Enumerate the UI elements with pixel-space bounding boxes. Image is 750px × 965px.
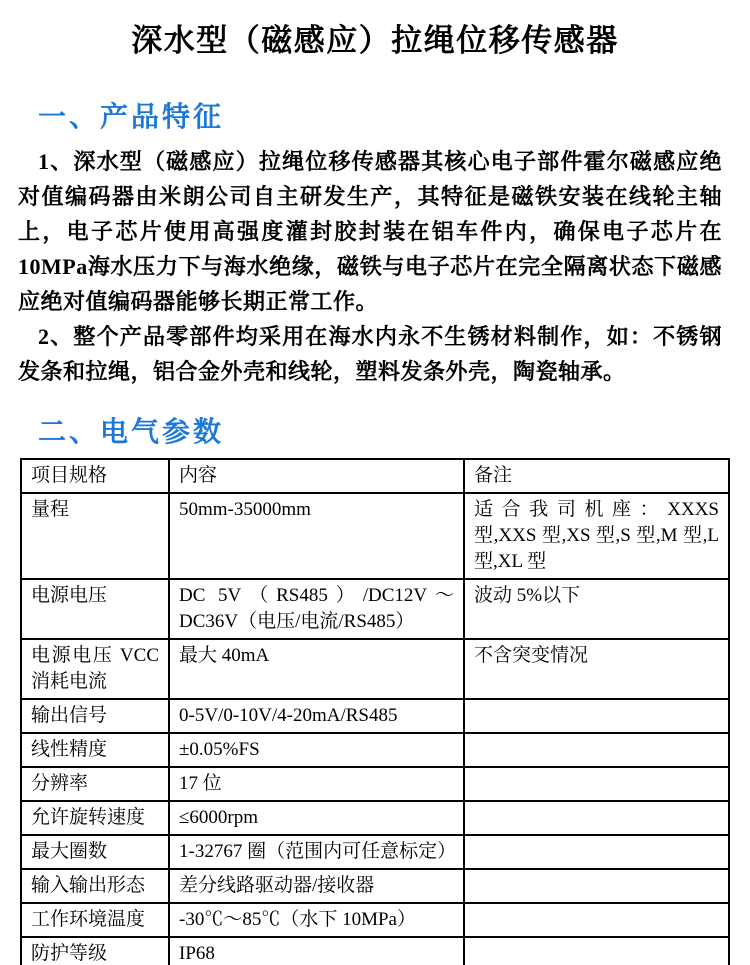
spec-item: 允许旋转速度	[21, 801, 169, 835]
spec-remark: 适合我司机座：XXXS 型,XXS 型,XS 型,S 型,M 型,L 型,XL …	[464, 493, 729, 579]
section-heading-product-features: 一、产品特征	[38, 100, 750, 134]
spec-item: 工作环境温度	[21, 903, 169, 937]
table-row-vcc-current: 电源电压 VCC 消耗电流 最大 40mA 不含突变情况	[21, 639, 729, 699]
spec-remark	[464, 903, 729, 937]
spec-remark: 波动 5%以下	[464, 579, 729, 639]
table-row-range: 量程 50mm-35000mm 适合我司机座：XXXS 型,XXS 型,XS 型…	[21, 493, 729, 579]
document-page: 深水型（磁感应）拉绳位移传感器 一、产品特征 1、深水型（磁感应）拉绳位移传感器…	[0, 0, 750, 965]
table-row-resolution: 分辨率 17 位	[21, 767, 729, 801]
spec-content: 0-5V/0-10V/4-20mA/RS485	[169, 699, 464, 733]
column-header-item: 项目规格	[21, 459, 169, 493]
spec-item: 输出信号	[21, 699, 169, 733]
spec-item: 电源电压	[21, 579, 169, 639]
spec-remark	[464, 869, 729, 903]
column-header-content: 内容	[169, 459, 464, 493]
electrical-spec-table: 项目规格 内容 备注 量程 50mm-35000mm 适合我司机座：XXXS 型…	[20, 458, 730, 965]
table-row-max-turns: 最大圈数 1-32767 圈（范围内可任意标定）	[21, 835, 729, 869]
spec-content: ±0.05%FS	[169, 733, 464, 767]
spec-content: 50mm-35000mm	[169, 493, 464, 579]
spec-item: 输入输出形态	[21, 869, 169, 903]
spec-content: ≤6000rpm	[169, 801, 464, 835]
table-row-io-form: 输入输出形态 差分线路驱动器/接收器	[21, 869, 729, 903]
spec-remark	[464, 937, 729, 965]
spec-remark	[464, 835, 729, 869]
table-row-supply-voltage: 电源电压 DC 5V（RS485）/DC12V～DC36V（电压/电流/RS48…	[21, 579, 729, 639]
feature-paragraph-2: 2、整个产品零部件均采用在海水内永不生锈材料制作，如：不锈钢发条和拉绳，铝合金外…	[18, 319, 722, 389]
spec-item: 线性精度	[21, 733, 169, 767]
spec-content: 1-32767 圈（范围内可任意标定）	[169, 835, 464, 869]
table-row-protection-rating: 防护等级 IP68	[21, 937, 729, 965]
spec-remark	[464, 699, 729, 733]
spec-content: 17 位	[169, 767, 464, 801]
spec-content: 最大 40mA	[169, 639, 464, 699]
spec-content: 差分线路驱动器/接收器	[169, 869, 464, 903]
spec-remark	[464, 767, 729, 801]
table-row-operating-temp: 工作环境温度 -30℃～85℃（水下 10MPa）	[21, 903, 729, 937]
spec-remark: 不含突变情况	[464, 639, 729, 699]
spec-item: 电源电压 VCC 消耗电流	[21, 639, 169, 699]
table-row-output-signal: 输出信号 0-5V/0-10V/4-20mA/RS485	[21, 699, 729, 733]
spec-content: DC 5V（RS485）/DC12V～DC36V（电压/电流/RS485）	[169, 579, 464, 639]
page-title: 深水型（磁感应）拉绳位移传感器	[0, 20, 750, 62]
section-heading-electrical-params: 二、电气参数	[38, 415, 750, 449]
table-row-linearity: 线性精度 ±0.05%FS	[21, 733, 729, 767]
spec-content: IP68	[169, 937, 464, 965]
spec-item: 量程	[21, 493, 169, 579]
spec-item: 最大圈数	[21, 835, 169, 869]
spec-remark	[464, 733, 729, 767]
spec-remark	[464, 801, 729, 835]
table-row-rotation-speed: 允许旋转速度 ≤6000rpm	[21, 801, 729, 835]
spec-item: 分辨率	[21, 767, 169, 801]
table-header-row: 项目规格 内容 备注	[21, 459, 729, 493]
column-header-remark: 备注	[464, 459, 729, 493]
spec-item: 防护等级	[21, 937, 169, 965]
feature-paragraph-1: 1、深水型（磁感应）拉绳位移传感器其核心电子部件霍尔磁感应绝对值编码器由米朗公司…	[18, 144, 722, 319]
spec-content: -30℃～85℃（水下 10MPa）	[169, 903, 464, 937]
